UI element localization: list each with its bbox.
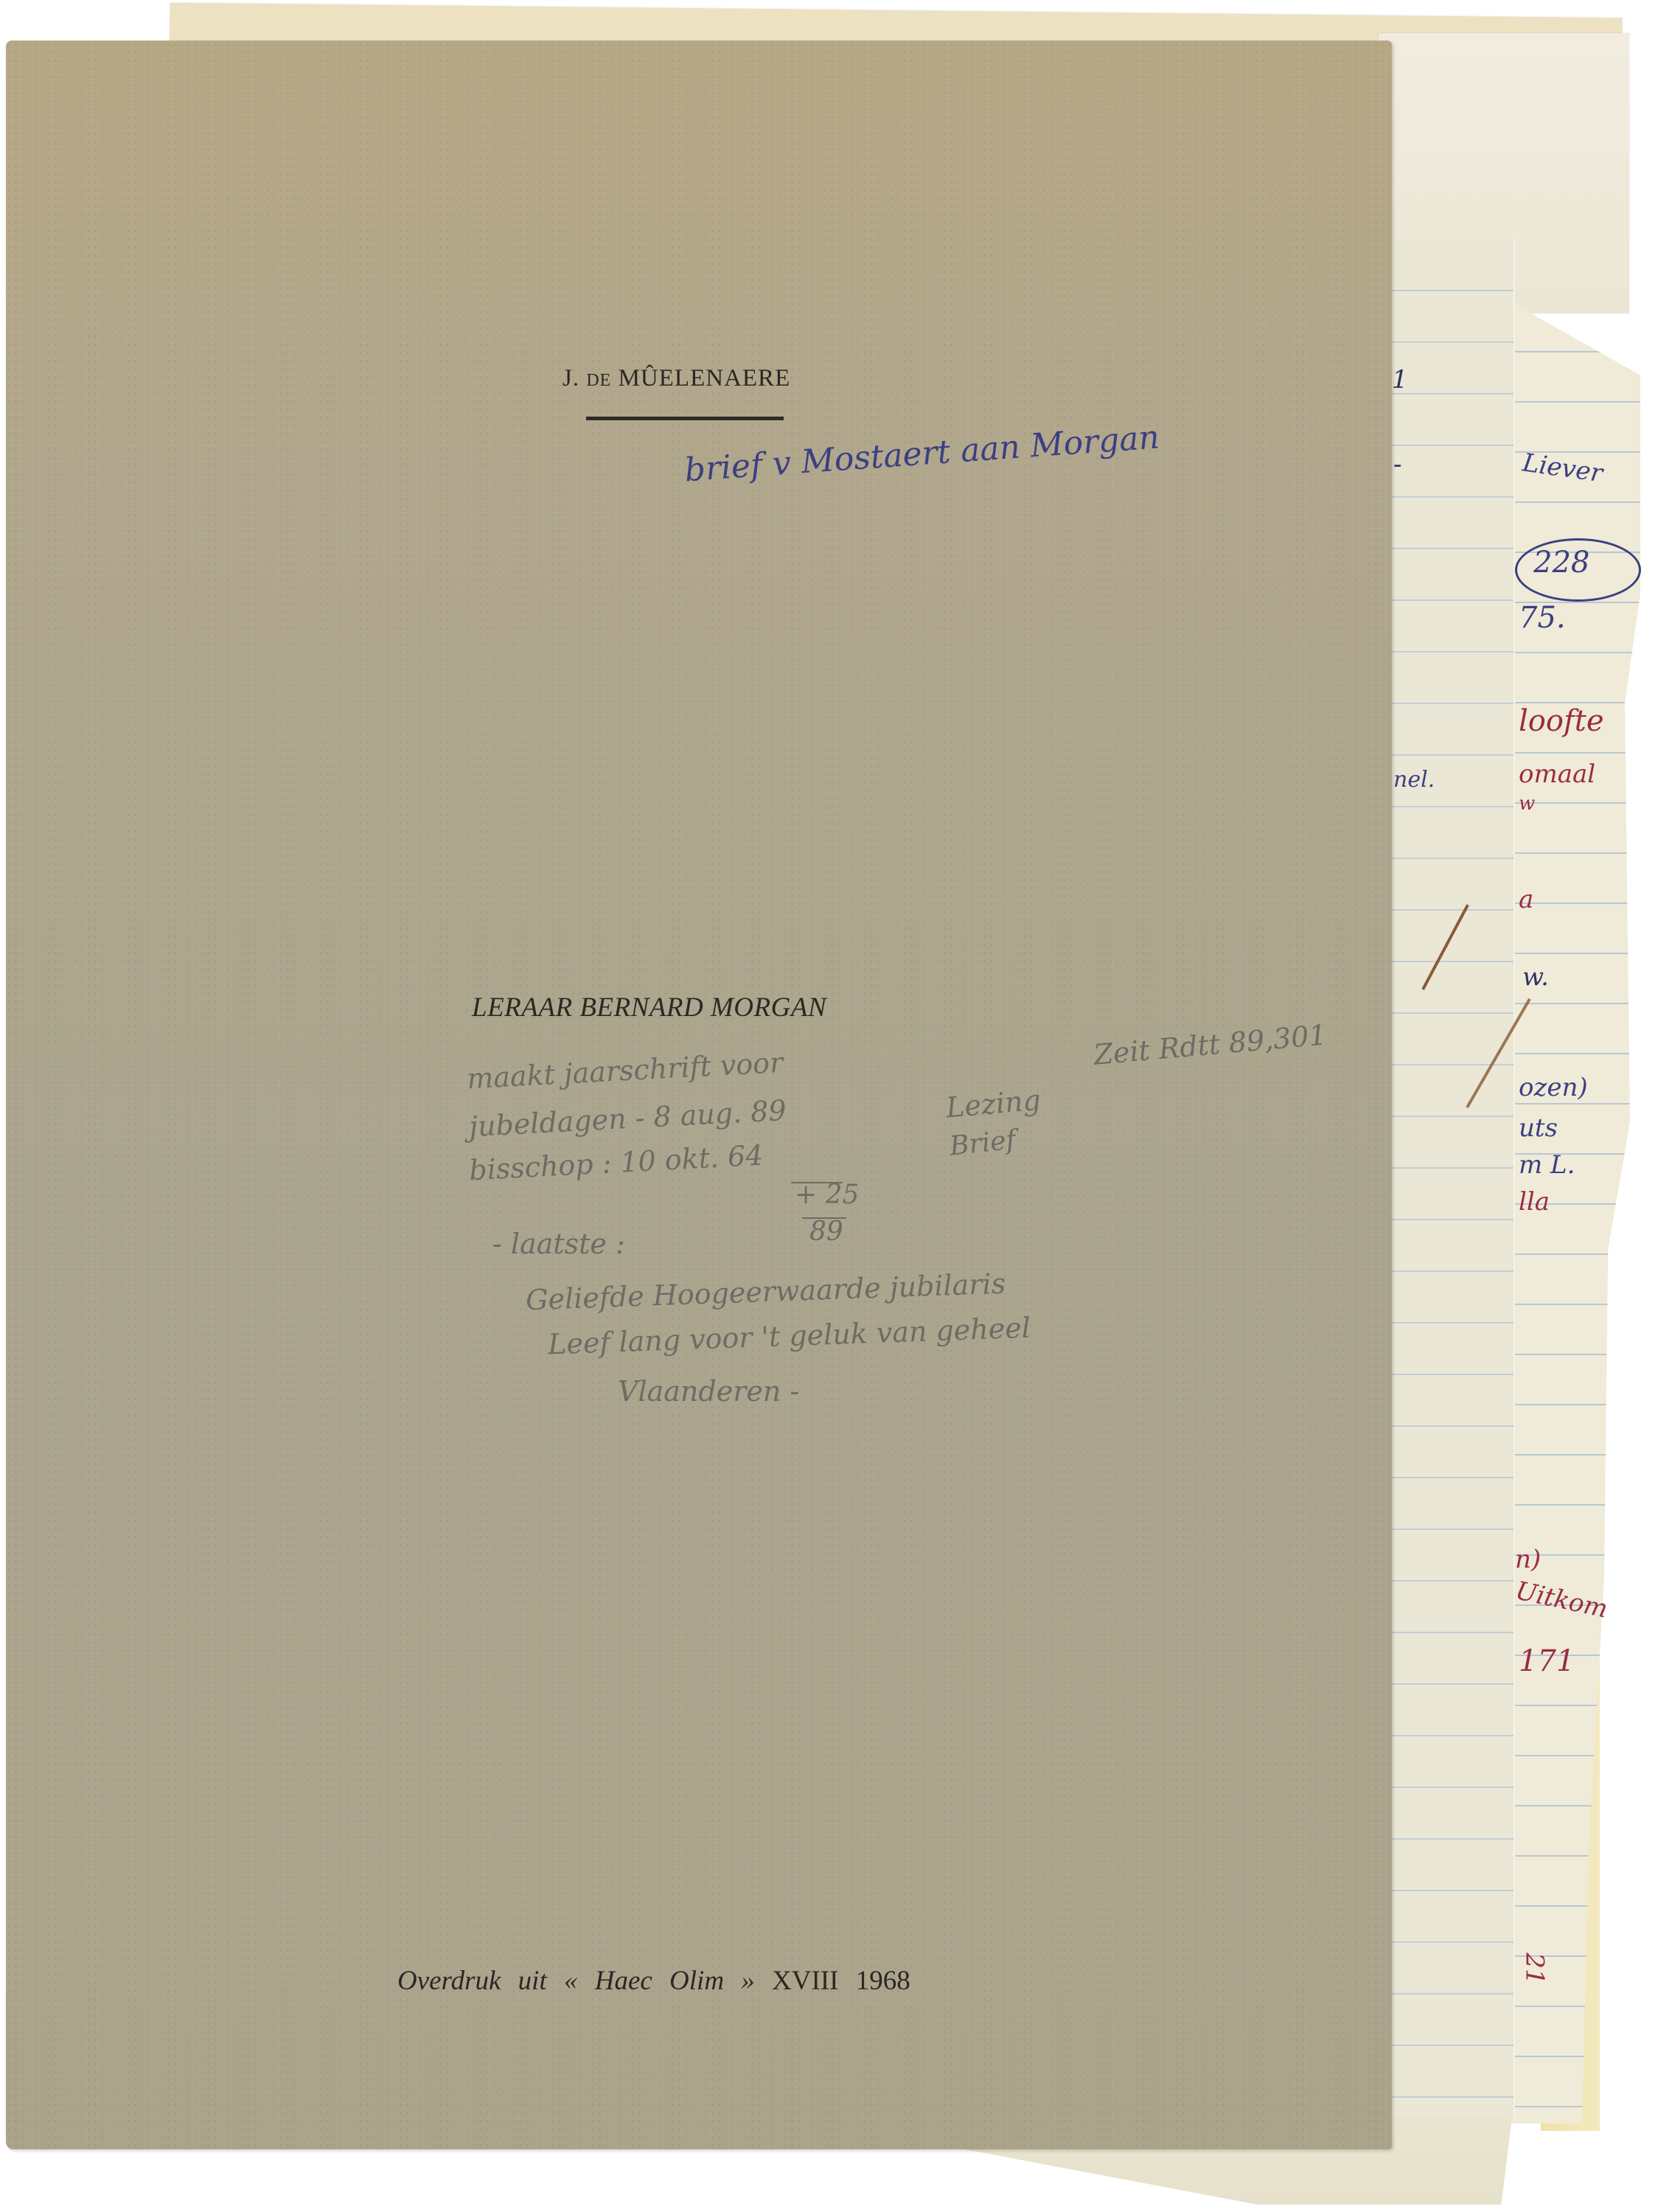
pencil-note-line-5: Geliefde Hoogeerwaarde jubilaris (525, 1267, 1006, 1317)
letter-fragment: a (1519, 885, 1533, 914)
pencil-note-lezing: Lezing (944, 1083, 1042, 1124)
ruled-sheet-mark: nel. (1393, 767, 1435, 793)
pencil-sum-result: 89 (809, 1217, 843, 1247)
pencil-sum-addend: + 25 (795, 1180, 859, 1210)
pencil-note-brief: Brief (948, 1124, 1017, 1161)
author-initial: J. (562, 365, 579, 392)
letter-fragment: m L. (1519, 1150, 1575, 1180)
offprint-booklet-cover: J. DE MÛELENAERE brief v Mostaert aan Mo… (6, 41, 1392, 2149)
letter-fragment: n) (1515, 1545, 1541, 1574)
pencil-note-line-6: Leef lang voor 't geluk van geheel (547, 1312, 1031, 1361)
pencil-note-line-1: maakt jaarschrift voor (466, 1046, 784, 1095)
imprint-journal: « Haec Olim » (564, 1966, 755, 1996)
letter-fragment: lla (1519, 1187, 1550, 1217)
pencil-note-line-4: - laatste : (492, 1228, 625, 1260)
letter-fragment: 21 (1520, 1952, 1550, 1984)
letter-fragment: ozen) (1519, 1073, 1588, 1102)
author-underline-rule (586, 417, 784, 420)
imprint-prefix: Overdruk uit (397, 1966, 547, 1996)
author-surname: MÛELENAERE (619, 365, 791, 392)
ruled-sheet-mark: 1 (1392, 365, 1408, 394)
author-name: J. DE MÛELENAERE (562, 365, 790, 392)
letter-fragment: loofte (1519, 704, 1604, 738)
pencil-note-line-7: Vlaanderen - (618, 1375, 799, 1408)
ruled-letter-sheet (1390, 240, 1515, 2116)
letter-fragment: w. (1522, 962, 1549, 992)
pencil-note-line-2: jubeldagen - 8 aug. 89 (468, 1094, 787, 1143)
document-title: LERAAR BERNARD MORGAN (472, 992, 826, 1023)
letter-fragment: uts (1519, 1113, 1558, 1143)
blue-ink-annotation: brief v Mostaert aan Morgan (683, 419, 1160, 490)
pencil-note-reference: Zeit Rdtt 89,301 (1093, 1018, 1328, 1071)
letter-fragment: omaal (1519, 759, 1595, 789)
pencil-note-line-3: bisschop : 10 okt. 64 (468, 1139, 764, 1187)
author-particle: DE (586, 371, 611, 390)
imprint-year: 1968 (856, 1966, 910, 1996)
imprint-line: Overdruk uit « Haec Olim » XVIII 1968 (397, 1965, 910, 1997)
ruled-sheet-mark: - (1393, 450, 1402, 479)
letter-fragment: 75. (1519, 601, 1566, 635)
imprint-volume: XVIII (772, 1966, 838, 1996)
letter-fragment: 171 (1519, 1644, 1575, 1678)
letter-fragment: w (1519, 793, 1535, 815)
letter-fragment-number: 228 (1533, 546, 1589, 580)
